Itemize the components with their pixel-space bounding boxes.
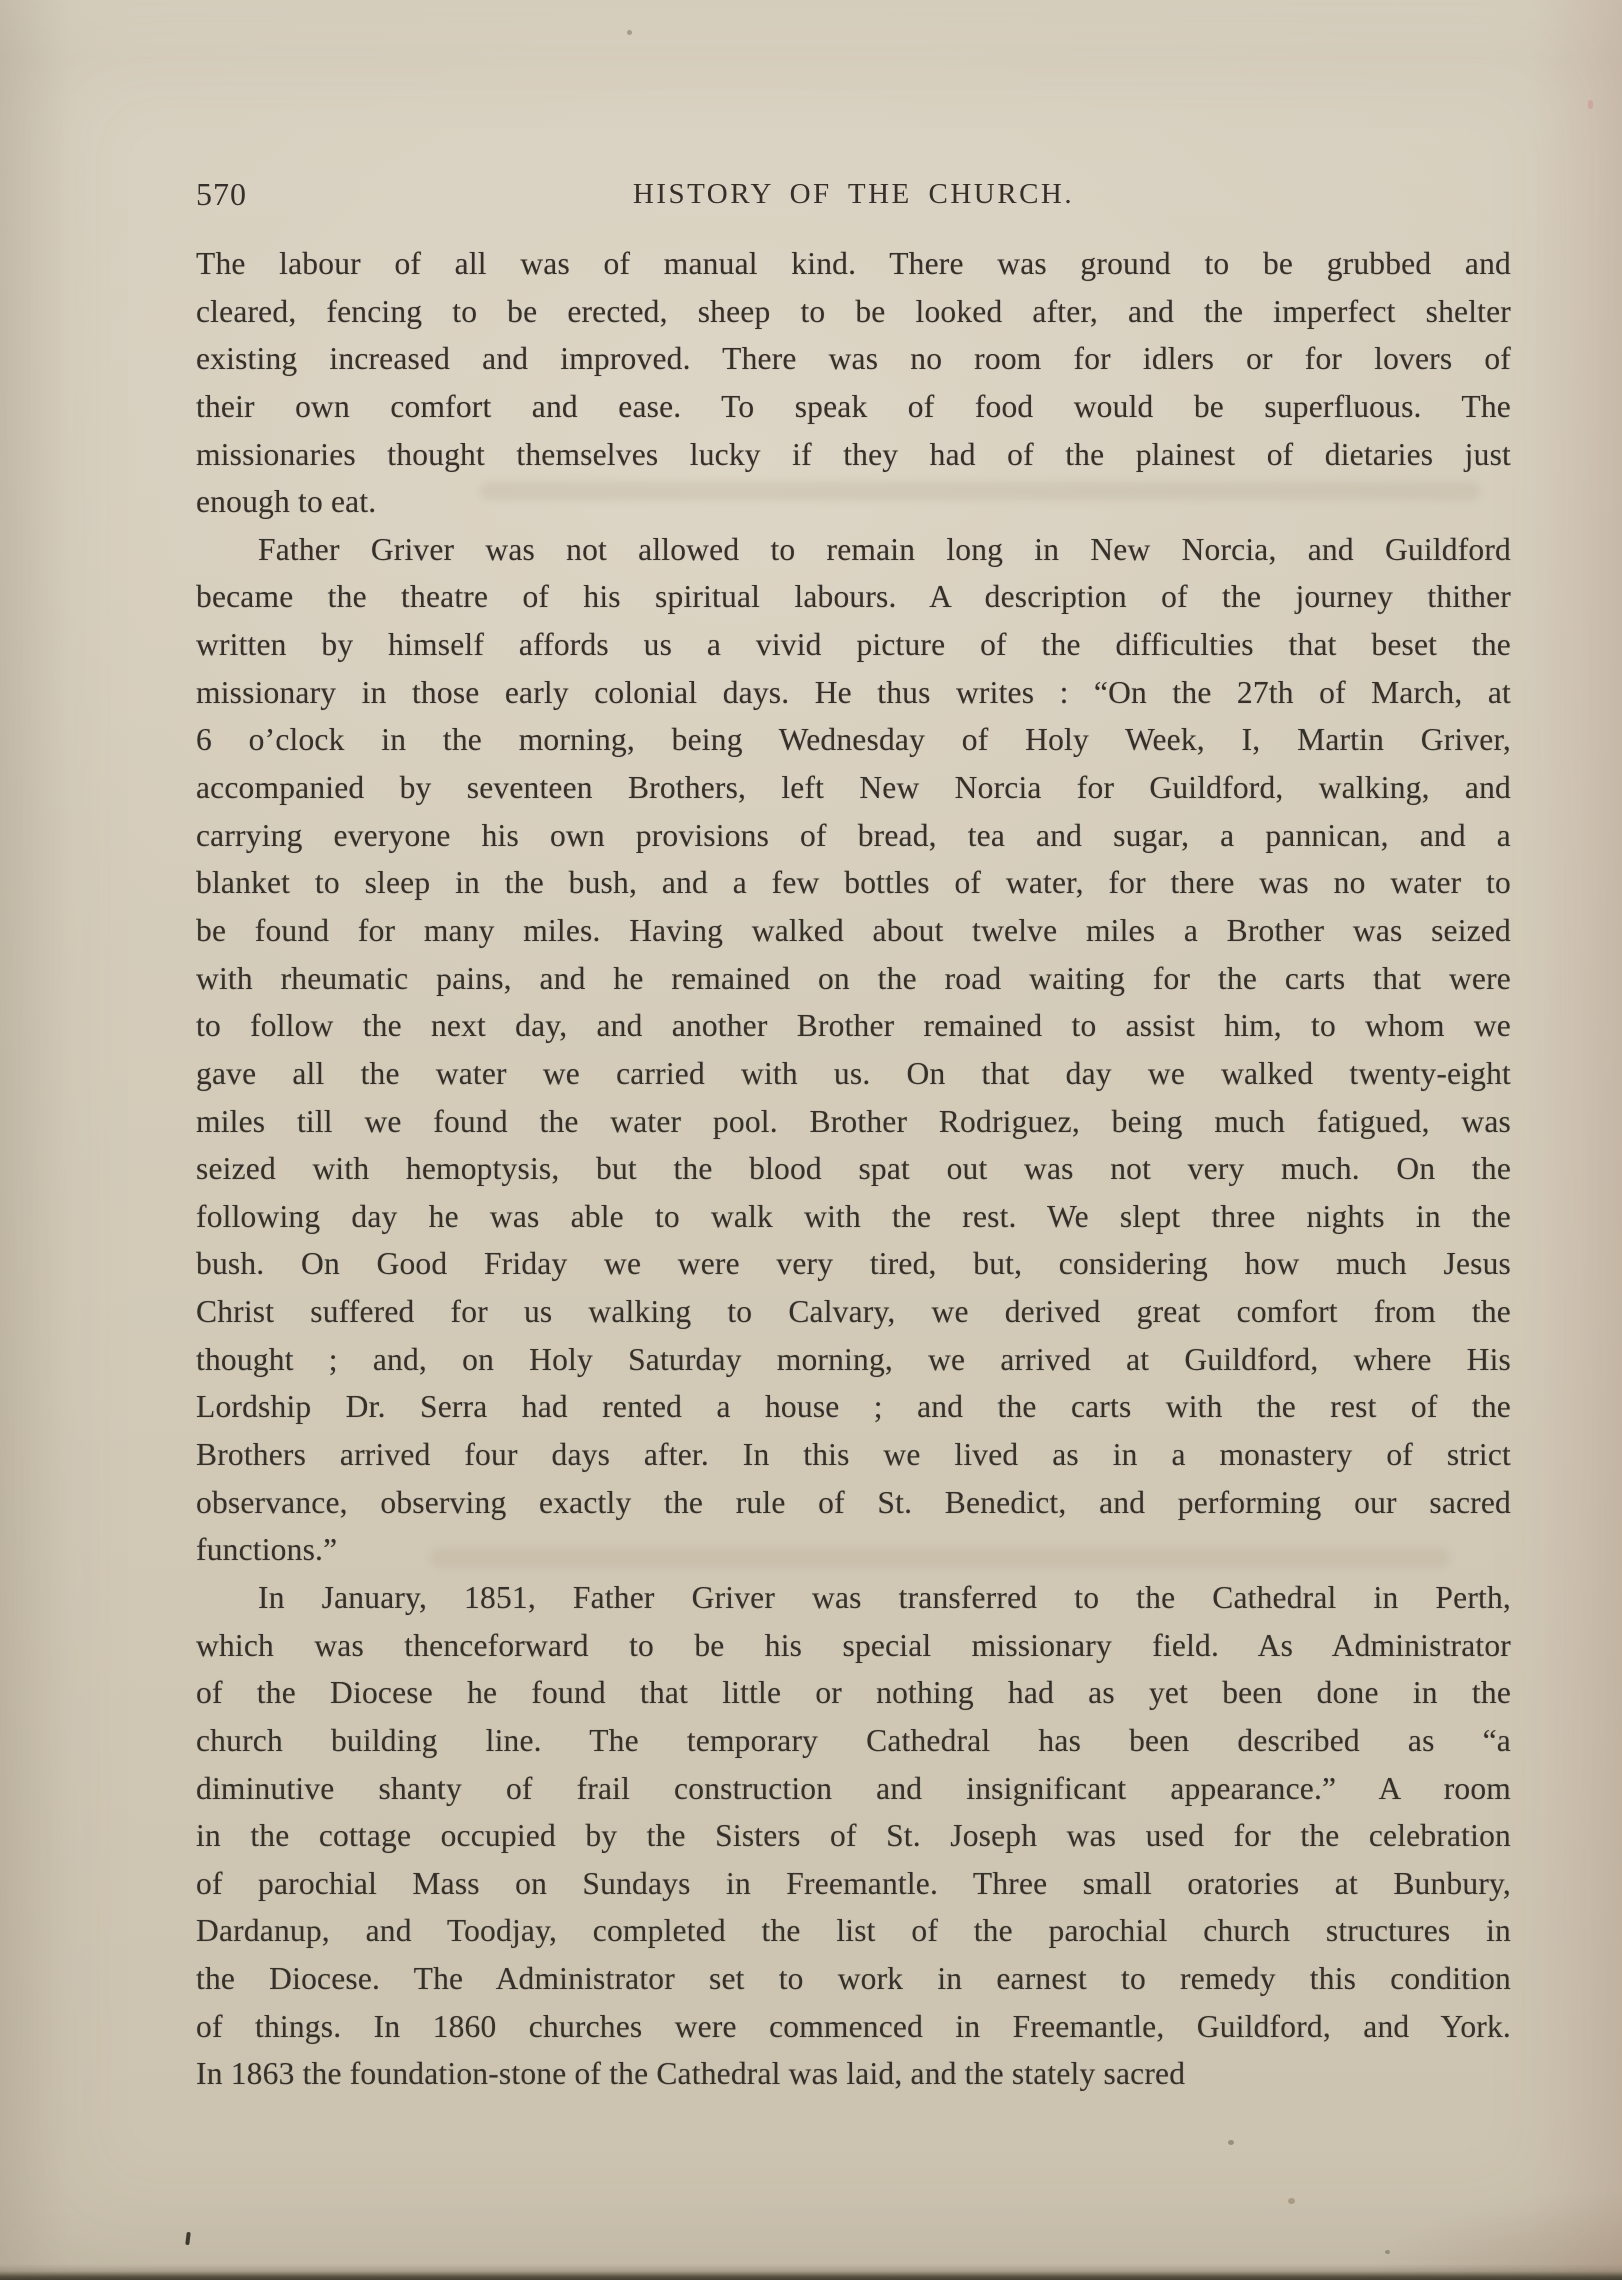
paper-speck [1588, 100, 1593, 109]
paper-speck [185, 2232, 191, 2245]
text-line: which was thenceforward to be his specia… [196, 1622, 1511, 1670]
text-line: cleared, fencing to be erected, sheep to… [196, 288, 1511, 336]
text-line: to follow the next day, and another Brot… [196, 1002, 1511, 1050]
text-line: seized with hemoptysis, but the blood sp… [196, 1145, 1511, 1193]
text-line: following day he was able to walk with t… [196, 1193, 1511, 1241]
text-line: of the Diocese he found that little or n… [196, 1669, 1511, 1717]
text-line: be found for many miles. Having walked a… [196, 907, 1511, 955]
text-line: Brothers arrived four days after. In thi… [196, 1431, 1511, 1479]
text-line: blanket to sleep in the bush, and a few … [196, 859, 1511, 907]
text-line: became the theatre of his spiritual labo… [196, 573, 1511, 621]
show-through-smudge [430, 1548, 1450, 1568]
page-edge-shadow [0, 2264, 1622, 2280]
text-line: bush. On Good Friday we were very tired,… [196, 1240, 1511, 1288]
text-line: church building line. The temporary Cath… [196, 1717, 1511, 1765]
text-line: gave all the water we carried with us. O… [196, 1050, 1511, 1098]
show-through-smudge [480, 482, 1480, 500]
text-line: missionaries thought themselves lucky if… [196, 431, 1511, 479]
paper-speck [627, 30, 632, 35]
text-line: in the cottage occupied by the Sisters o… [196, 1812, 1511, 1860]
text-line: carrying everyone his own provisions of … [196, 812, 1511, 860]
text-line: miles till we found the water pool. Brot… [196, 1098, 1511, 1146]
text-line: In 1863 the foundation-stone of the Cath… [196, 2050, 1511, 2098]
running-header: 570 HISTORY OF THE CHURCH. [196, 176, 1511, 220]
paper-speck [1228, 2140, 1234, 2145]
text-line: missionary in those early colonial days.… [196, 669, 1511, 717]
text-line: their own comfort and ease. To speak of … [196, 383, 1511, 431]
text-line: accompanied by seventeen Brothers, left … [196, 764, 1511, 812]
text-line: existing increased and improved. There w… [196, 335, 1511, 383]
text-line: Lordship Dr. Serra had rented a house ; … [196, 1383, 1511, 1431]
text-line: Dardanup, and Toodjay, completed the lis… [196, 1907, 1511, 1955]
text-line: In January, 1851, Father Griver was tran… [196, 1574, 1511, 1622]
text-line: observance, observing exactly the rule o… [196, 1479, 1511, 1527]
text-line: Father Griver was not allowed to remain … [196, 526, 1511, 574]
text-line: diminutive shanty of frail construction … [196, 1765, 1511, 1813]
book-page: 570 HISTORY OF THE CHURCH. The labour of… [0, 0, 1622, 2280]
text-line: The labour of all was of manual kind. Th… [196, 240, 1511, 288]
paper-speck [1288, 2198, 1295, 2204]
text-line: written by himself affords us a vivid pi… [196, 621, 1511, 669]
text-line: the Diocese. The Administrator set to wo… [196, 1955, 1511, 2003]
body-text: The labour of all was of manual kind. Th… [196, 240, 1511, 2098]
text-line: with rheumatic pains, and he remained on… [196, 955, 1511, 1003]
text-line: 6 o’clock in the morning, being Wednesda… [196, 716, 1511, 764]
text-line: of things. In 1860 churches were commenc… [196, 2003, 1511, 2051]
text-line: Christ suffered for us walking to Calvar… [196, 1288, 1511, 1336]
running-title: HISTORY OF THE CHURCH. [196, 178, 1511, 211]
text-line: of parochial Mass on Sundays in Freemant… [196, 1860, 1511, 1908]
text-line: thought ; and, on Holy Saturday morning,… [196, 1336, 1511, 1384]
